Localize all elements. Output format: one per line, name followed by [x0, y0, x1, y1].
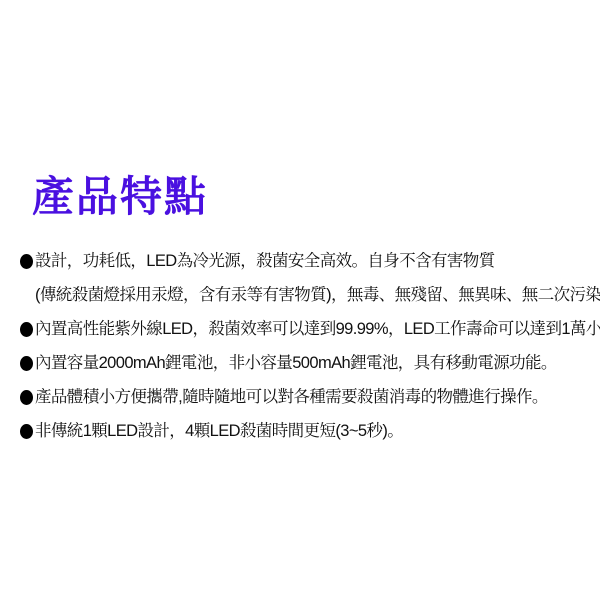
feature-list: 設計，功耗低，LED為冷光源，殺菌安全高效。自身不含有害物質 (傳統殺菌燈採用汞… — [20, 244, 600, 448]
feature-item: 設計，功耗低，LED為冷光源，殺菌安全高效。自身不含有害物質 — [20, 244, 600, 278]
feature-text: 產品體積小方便攜帶,隨時隨地可以對各種需要殺菌消毒的物體進行操作。 — [35, 380, 548, 414]
section-title: 產品特點 — [32, 172, 208, 222]
feature-text: 內置容量2000mAh鋰電池，非小容量500mAh鋰電池，具有移動電源功能。 — [35, 346, 557, 380]
feature-text: 內置高性能紫外線LED，殺菌效率可以達到99.99%，LED工作壽命可以達到1萬… — [35, 312, 600, 346]
feature-text: 非傳統1顆LED設計，4顆LED殺菌時間更短(3~5秒)。 — [35, 414, 403, 448]
bullet-icon — [20, 356, 33, 371]
feature-text: 設計，功耗低，LED為冷光源，殺菌安全高效。自身不含有害物質 — [35, 244, 495, 278]
feature-item: 非傳統1顆LED設計，4顆LED殺菌時間更短(3~5秒)。 — [20, 414, 600, 448]
feature-text: (傳統殺菌燈採用汞燈，含有汞等有害物質)，無毒、無殘留、無異味、無二次污染。 — [35, 278, 600, 312]
bullet-icon — [20, 390, 33, 405]
feature-item: 產品體積小方便攜帶,隨時隨地可以對各種需要殺菌消毒的物體進行操作。 — [20, 380, 600, 414]
bullet-icon — [20, 254, 33, 269]
feature-item-continuation: (傳統殺菌燈採用汞燈，含有汞等有害物質)，無毒、無殘留、無異味、無二次污染。 — [20, 278, 600, 312]
bullet-icon — [20, 322, 33, 337]
feature-item: 內置高性能紫外線LED，殺菌效率可以達到99.99%，LED工作壽命可以達到1萬… — [20, 312, 600, 346]
bullet-icon — [20, 424, 33, 439]
feature-item: 內置容量2000mAh鋰電池，非小容量500mAh鋰電池，具有移動電源功能。 — [20, 346, 600, 380]
